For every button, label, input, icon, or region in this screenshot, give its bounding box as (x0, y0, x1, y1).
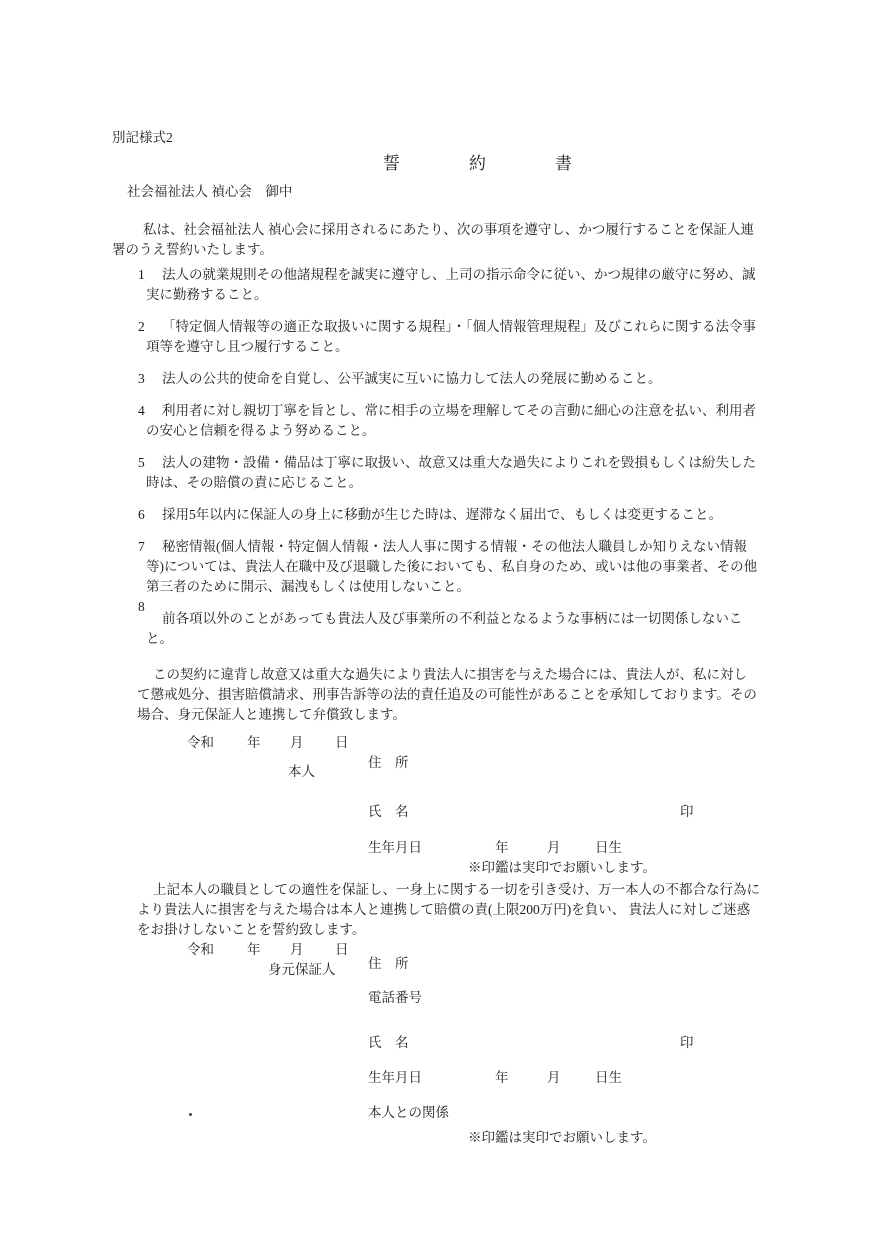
pledge-item: 8 前各項以外のことがあっても貴法人及び事業所の不利益となるような事柄には一切関… (138, 609, 760, 649)
principal-signature-block: 本人 住 所 氏 名 印 生年月日 年 月 日生 ※印鑑は実印でお願いします。 (112, 753, 760, 878)
day-label: 日 (335, 733, 349, 753)
pledge-item: 3 法人の公共的使命を自覚し、公平誠実に互いに協力して法人の発展に勤めること。 (138, 369, 760, 389)
guarantor-signature-block: 身元保証人 住 所 電話番号 氏 名 印 生年月日 年 月 日生 本人との関係 (112, 954, 760, 1148)
seal-note-row: ※印鑑は実印でお願いします。 (368, 1128, 713, 1148)
phone-row: 電話番号 (368, 988, 713, 1008)
birth-year-label: 年 (495, 838, 509, 858)
seal-note: ※印鑑は実印でお願いします。 (468, 1130, 656, 1145)
pledge-item: 5 法人の建物・設備・備品は丁寧に取扱い、故意又は重大な過失によりこれを毀損もし… (138, 453, 760, 493)
birthdate-row: 生年月日 年 月 日生 (368, 1068, 713, 1088)
item-number: 7 (138, 537, 145, 557)
guarantor-pledge-paragraph: 上記本人の職員としての適性を保証し、一身上に関する一切を引き受け、万一本人の不都… (137, 880, 760, 940)
item-number: 6 (138, 505, 145, 525)
scanned-pledge-document: 別記様式2 誓 約 書 社会福祉法人 禎心会 御中 私は、社会福祉法人 禎心会に… (0, 0, 875, 1238)
phone-label: 電話番号 (368, 990, 422, 1005)
item-text: 法人の建物・設備・備品は丁寧に取扱い、故意又は重大な過失によりこれを毀損もしくは… (146, 453, 760, 493)
address-row: 住 所 (368, 954, 713, 974)
pledge-item: 7 秘密情報(個人情報・特定個人情報・法人人事に関する情報・その他法人職員しか知… (138, 537, 760, 597)
document-title: 誓 約 書 (383, 153, 760, 175)
principal-fields: 住 所 氏 名 印 生年月日 年 月 日生 ※印鑑は実印でお願いします。 (368, 753, 713, 878)
item-text: 秘密情報(個人情報・特定個人情報・法人人事に関する情報・その他法人職員しか知りえ… (146, 537, 760, 597)
item-number: 4 (138, 401, 145, 421)
item-number: 3 (138, 369, 145, 389)
item-text: 法人の公共的使命を自覚し、公平誠実に互いに協力して法人の発展に勤めること。 (146, 369, 760, 389)
relation-label: 本人との関係 (368, 1105, 449, 1120)
month-label: 月 (290, 733, 304, 753)
era-label: 令和 (187, 733, 214, 753)
name-label: 氏 名 (368, 1035, 409, 1050)
seal-mark: 印 (680, 1033, 694, 1053)
item-text: 「特定個人情報等の適正な取扱いに関する規程」・「個人情報管理規程」及びこれらに関… (146, 317, 760, 357)
birthdate-label: 生年月日 (368, 840, 422, 855)
item-text: 法人の就業規則その他諸規程を誠実に遵守し、上司の指示命令に従い、かつ規律の厳守に… (146, 265, 760, 305)
principal-date-line: 令和 年 月 日 (112, 733, 760, 753)
intro-paragraph: 私は、社会福祉法人 禎心会に採用されるにあたり、次の事項を遵守し、かつ履行するこ… (112, 220, 760, 260)
birth-year-label: 年 (495, 1068, 509, 1088)
name-row: 氏 名 印 (368, 802, 713, 822)
item-text: 前各項以外のことがあっても貴法人及び事業所の不利益となるような事柄には一切関係し… (146, 609, 760, 649)
pledge-item: 4 利用者に対し親切丁寧を旨とし、常に相手の立場を理解してその言動に細心の注意を… (138, 401, 760, 441)
guarantor-role-label: 身元保証人 (268, 960, 336, 980)
birthdate-row: 生年月日 年 月 日生 (368, 838, 713, 858)
item-text: 利用者に対し親切丁寧を旨とし、常に相手の立場を理解してその言動に細心の注意を払い… (146, 401, 760, 441)
item-number: 2 (138, 317, 145, 337)
pledge-item: 6 採用5年以内に保証人の身上に移動が生じた時は、遅滞なく届出で、もしくは変更す… (138, 505, 760, 525)
birth-month-label: 月 (547, 838, 561, 858)
address-label: 住 所 (368, 755, 409, 770)
birth-day-label: 日生 (595, 1068, 622, 1088)
guarantor-fields: 住 所 電話番号 氏 名 印 生年月日 年 月 日生 本人との関係 ※印鑑は実印… (368, 954, 713, 1148)
form-number-label: 別記様式2 (112, 128, 760, 148)
item-text: 採用5年以内に保証人の身上に移動が生じた時は、遅滞なく届出で、もしくは変更するこ… (146, 505, 760, 525)
year-label: 年 (247, 733, 261, 753)
birthdate-label: 生年月日 (368, 1070, 422, 1085)
item-number: 8 (138, 597, 145, 617)
address-row: 住 所 (368, 753, 713, 773)
item-number: 1 (138, 265, 145, 285)
item-number: 5 (138, 453, 145, 473)
pledge-item: 2 「特定個人情報等の適正な取扱いに関する規程」・「個人情報管理規程」及びこれら… (138, 317, 760, 357)
seal-note: ※印鑑は実印でお願いします。 (468, 860, 656, 875)
pledge-item: 1 法人の就業規則その他諸規程を誠実に遵守し、上司の指示命令に従い、かつ規律の厳… (138, 265, 760, 305)
scan-speck (189, 1113, 192, 1116)
liability-paragraph: この契約に違背し故意又は重大な過失により貴法人に損害を与えた場合には、貴法人が、… (137, 665, 760, 725)
name-row: 氏 名 印 (368, 1033, 713, 1053)
birth-month-label: 月 (547, 1068, 561, 1088)
seal-mark: 印 (680, 802, 694, 822)
address-label: 住 所 (368, 956, 409, 971)
seal-note-row: ※印鑑は実印でお願いします。 (368, 858, 713, 878)
name-label: 氏 名 (368, 804, 409, 819)
addressee-line: 社会福祉法人 禎心会 御中 (127, 182, 760, 202)
pledge-items-list: 1 法人の就業規則その他諸規程を誠実に遵守し、上司の指示命令に従い、かつ規律の厳… (112, 265, 760, 649)
principal-role-label: 本人 (288, 762, 315, 782)
relation-row: 本人との関係 (368, 1103, 713, 1123)
birth-day-label: 日生 (595, 838, 622, 858)
